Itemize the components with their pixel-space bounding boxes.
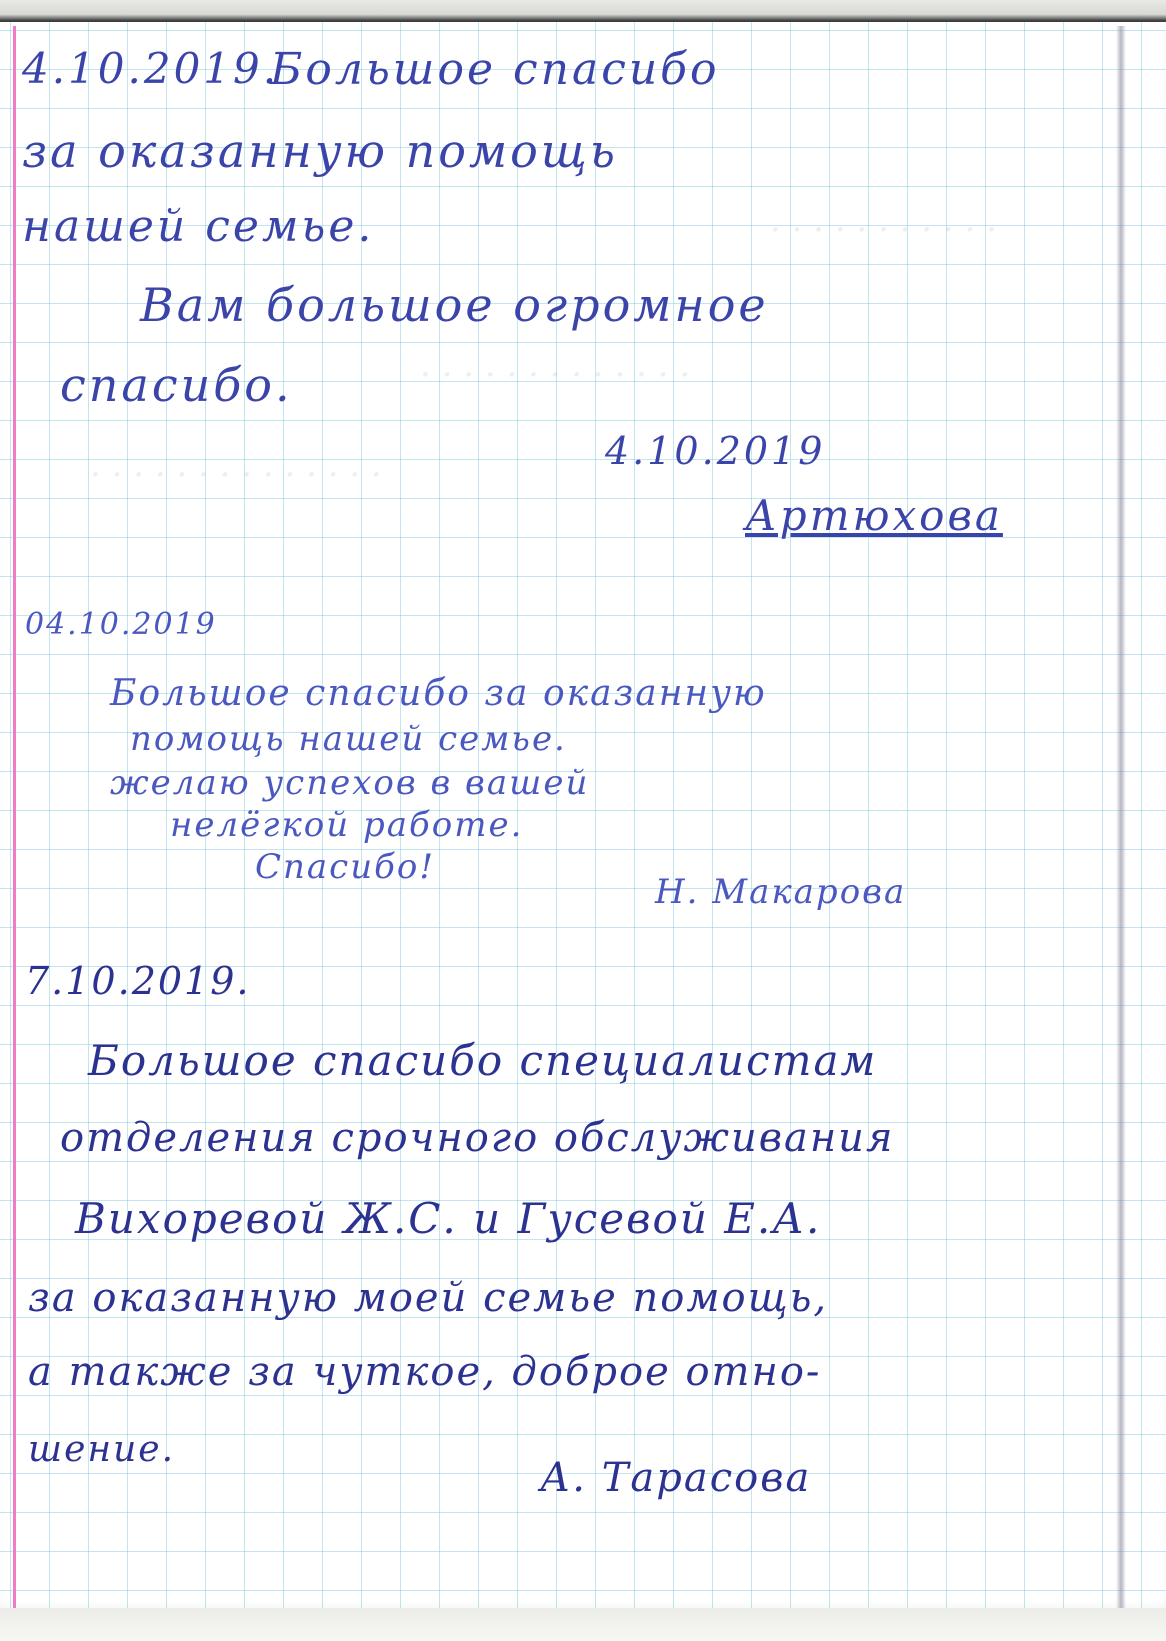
notebook-bottom-edge bbox=[0, 1608, 1166, 1641]
entry-line: а также за чуткое, доброе отно- bbox=[28, 1352, 821, 1392]
entry-line: за оказанную моей семье помощь, bbox=[28, 1278, 828, 1318]
entry-line: спасибо. bbox=[60, 362, 293, 408]
entry-line: Вихоревой Ж.С. и Гусевой Е.А. bbox=[75, 1198, 821, 1240]
entry-line: отделения срочного обслуживания bbox=[60, 1118, 894, 1158]
signature-date: 4.10.2019 bbox=[605, 432, 825, 470]
entry-line: желаю успехов в вашей bbox=[110, 766, 589, 800]
entry-line: Вам большое огромное bbox=[140, 282, 769, 328]
entry-line: шение. bbox=[28, 1432, 175, 1468]
entry-line: нашей семье. bbox=[22, 205, 374, 249]
signature: Н. Макарова bbox=[655, 875, 906, 909]
entry-line: Спасибо! bbox=[255, 850, 435, 884]
entry-line: Большое спасибо bbox=[270, 48, 720, 92]
entry-line: Большое спасибо за оказанную bbox=[110, 676, 767, 712]
page-fold-shadow bbox=[1116, 26, 1126, 1616]
signature: А. Тарасова bbox=[540, 1458, 811, 1498]
bleed-through-text: · · · · · · · · · · · · · · bbox=[90, 455, 382, 495]
entry-date: 4.10.2019. bbox=[22, 48, 279, 90]
entry-line: Большое спасибо специалистам bbox=[88, 1040, 877, 1082]
entry-date: 04.10.2019 bbox=[25, 610, 217, 640]
entry-line: нелёгкой работе. bbox=[170, 808, 523, 842]
signature: Артюхова bbox=[745, 495, 1003, 537]
bleed-through-text: · · · · · · · · · · · · · bbox=[420, 355, 690, 395]
entry-date: 7.10.2019. bbox=[25, 962, 250, 1000]
margin-line bbox=[13, 26, 16, 1611]
bleed-through-text: · · · · · · · · · · · bbox=[770, 210, 997, 250]
entry-line: за оказанную помощь bbox=[22, 128, 618, 174]
entry-line: помощь нашей семье. bbox=[130, 722, 567, 756]
